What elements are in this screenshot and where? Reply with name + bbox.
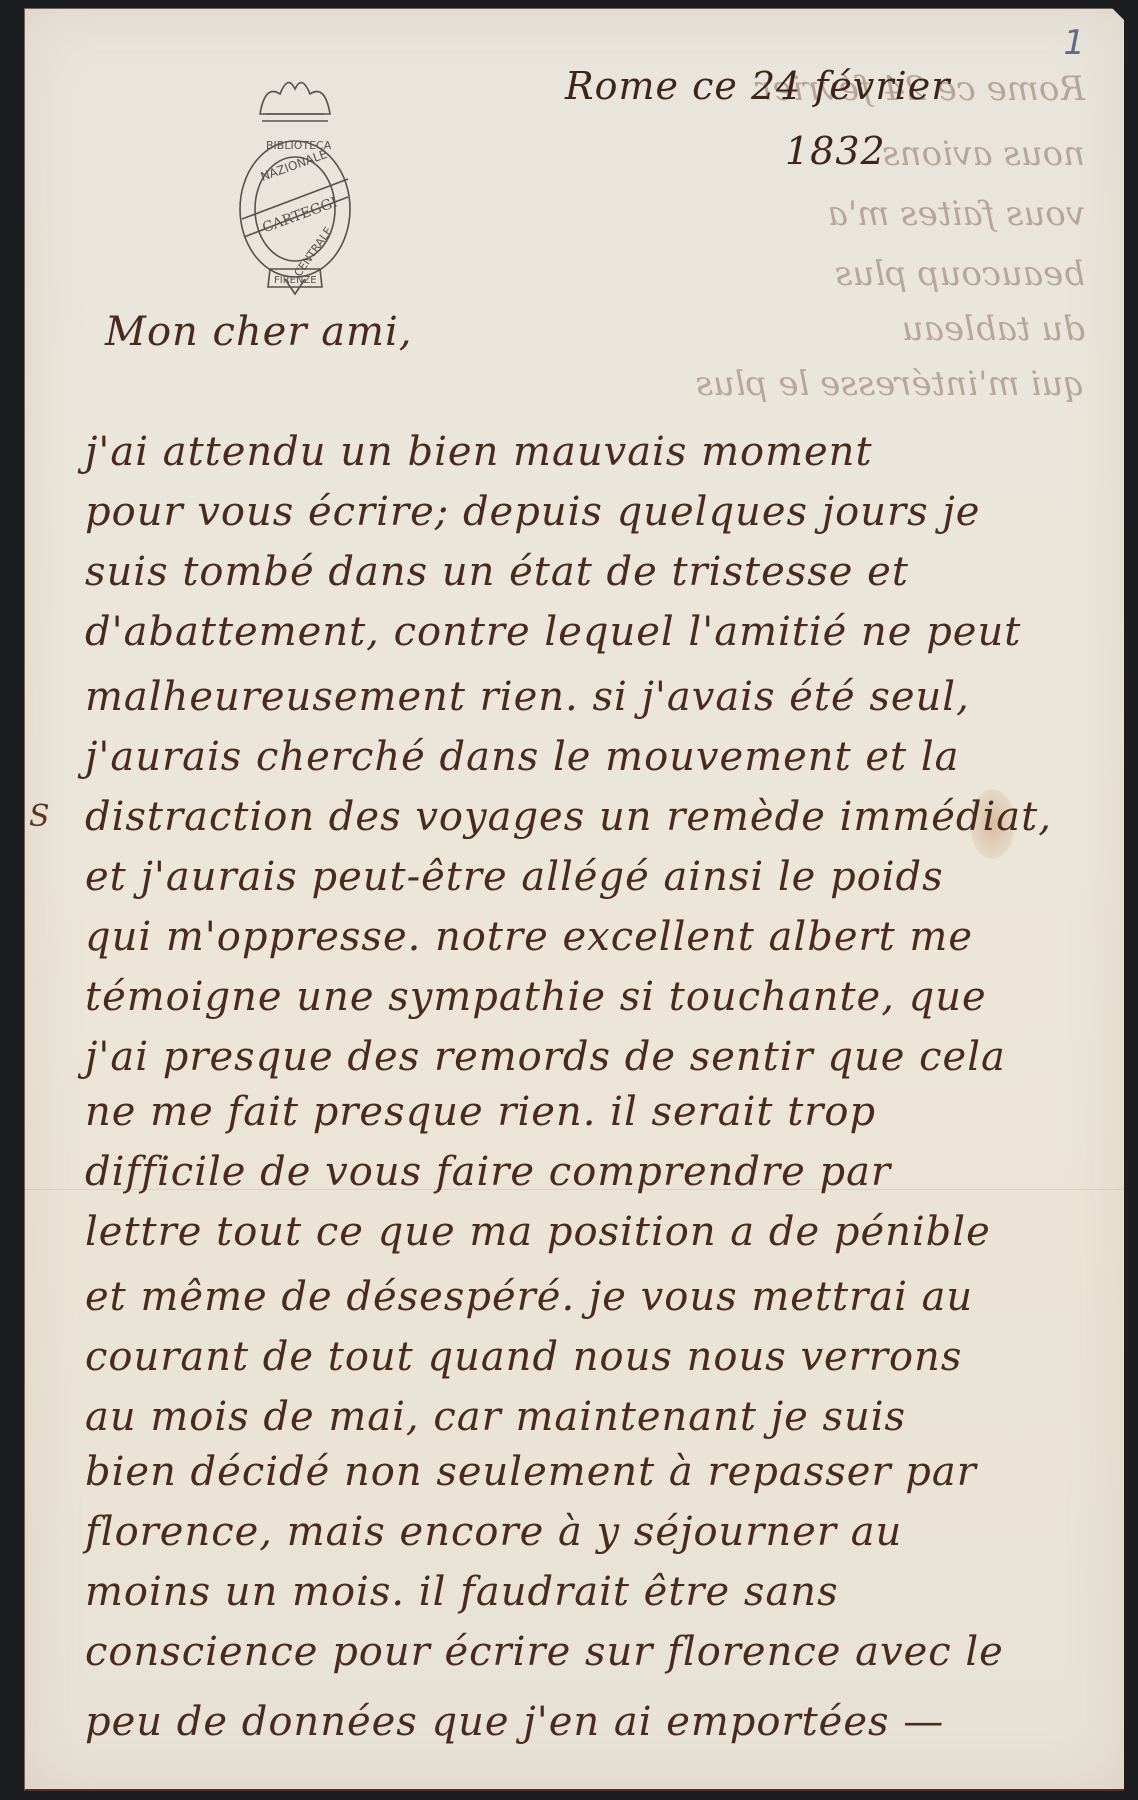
letter-year: 1832: [785, 129, 1085, 173]
letter-line: difficile de vous faire comprendre par: [85, 1149, 1085, 1195]
letter-place-date: Rome ce 24 février: [565, 64, 1085, 108]
letter-line: j'ai attendu un bien mauvais moment: [85, 429, 1085, 475]
letter-line: distraction des voyages un remède immédi…: [85, 794, 1085, 840]
letter-line: moins un mois. il faudrait être sans: [85, 1569, 1085, 1615]
salutation: Mon cher ami,: [105, 309, 1085, 355]
letter-line: ne me fait presque rien. il serait trop: [85, 1089, 1085, 1135]
letter-line: florence, mais encore à y séjourner au: [85, 1509, 1085, 1555]
letter-line: suis tombé dans un état de tristesse et: [85, 549, 1085, 595]
letter-line: conscience pour écrire sur florence avec…: [85, 1629, 1085, 1675]
letter-line: courant de tout quand nous nous verrons: [85, 1334, 1085, 1380]
letter-line: et j'aurais peut-être allégé ainsi le po…: [85, 854, 1085, 900]
letter-line: peu de données que j'en ai emportées —: [85, 1699, 1085, 1745]
letter-line: malheureusement rien. si j'avais été seu…: [85, 674, 1085, 720]
svg-text:NAZIONALE: NAZIONALE: [259, 147, 329, 184]
letter-line: j'aurais cherché dans le mouvement et la: [85, 734, 1085, 780]
letter-line: pour vous écrire; depuis quelques jours …: [85, 489, 1085, 535]
letter-line: j'ai presque des remords de sentir que c…: [85, 1034, 1085, 1080]
bleed-line: qui m'intéresse le plus: [95, 364, 1085, 404]
letter-line: bien décidé non seulement à repasser par: [85, 1449, 1085, 1495]
library-stamp: BIBLIOTECA NAZIONALE CARTEGGI CENTRALE F…: [230, 59, 360, 319]
letter-line: témoigne une sympathie si touchante, que: [85, 974, 1085, 1020]
letter-line: d'abattement, contre lequel l'amitié ne …: [85, 609, 1085, 655]
margin-mark: S: [29, 799, 50, 834]
letter-page: 1 Rome ce 24 février nous avions vous fa…: [24, 8, 1127, 1791]
svg-text:CENTRALE: CENTRALE: [292, 225, 336, 279]
letter-line: lettre tout ce que ma position a de péni…: [85, 1209, 1085, 1255]
letter-line: au mois de mai, car maintenant je suis: [85, 1394, 1085, 1440]
folio-number: 1: [1063, 23, 1085, 63]
svg-text:FIRENZE: FIRENZE: [274, 275, 317, 286]
letter-line: et même de désespéré. je vous mettrai au: [85, 1274, 1085, 1320]
letter-line: qui m'oppresse. notre excellent albert m…: [85, 914, 1085, 960]
crown-icon: [260, 83, 330, 114]
